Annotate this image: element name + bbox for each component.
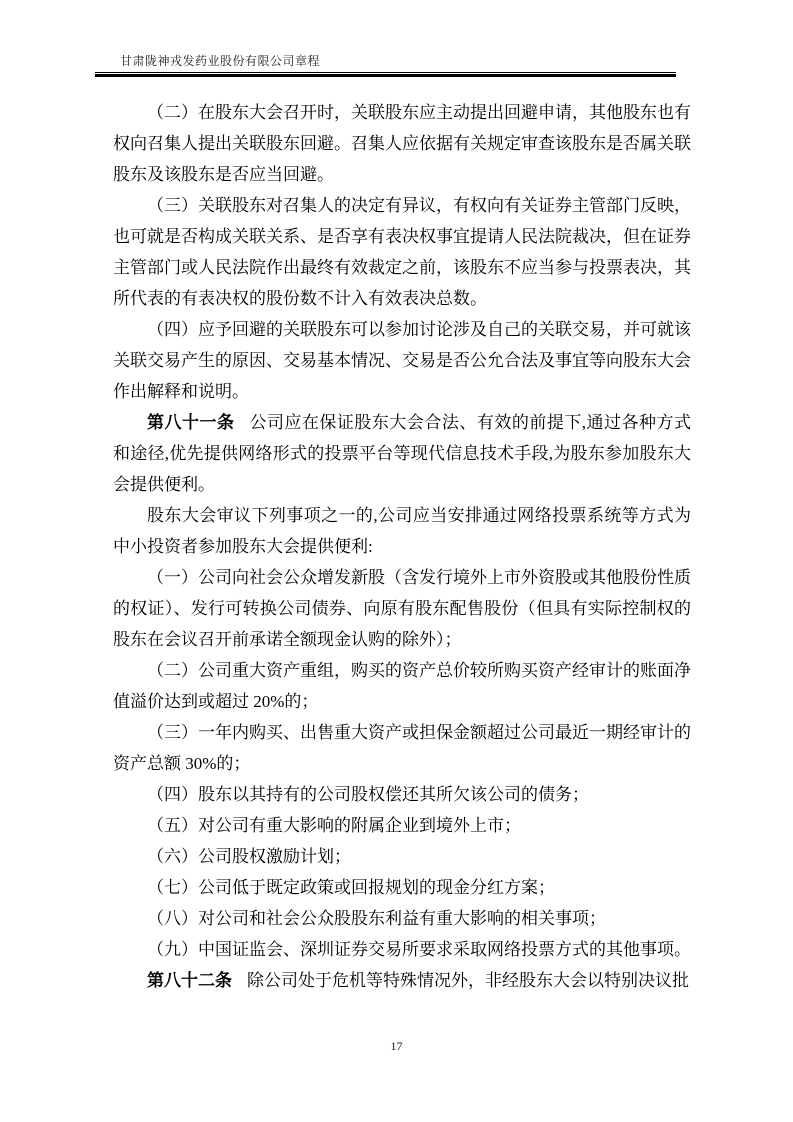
- body-paragraph: （二）公司重大资产重组，购买的资产总价较所购买资产经审计的账面净值溢价达到或超过…: [113, 655, 691, 717]
- body-paragraph: （三）关联股东对召集人的决定有异议，有权向有关证券主管部门反映，也可就是否构成关…: [113, 190, 691, 314]
- article-paragraph: 第八十一条公司应在保证股东大会合法、有效的前提下,通过各种方式和途径,优先提供网…: [113, 407, 691, 500]
- page-number: 17: [391, 1039, 403, 1053]
- body-paragraph: （四）股东以其持有的公司股权偿还其所欠该公司的债务；: [113, 779, 691, 810]
- body-paragraph: （二）在股东大会召开时，关联股东应主动提出回避申请，其他股东也有权向召集人提出关…: [113, 97, 691, 190]
- header-rule-thick-line: [95, 74, 676, 77]
- document-body: （二）在股东大会召开时，关联股东应主动提出回避申请，其他股东也有权向召集人提出关…: [113, 97, 691, 996]
- body-paragraph: （七）公司低于既定政策或回报规划的现金分红方案；: [113, 872, 691, 903]
- body-paragraph: （五）对公司有重大影响的附属企业到境外上市；: [113, 810, 691, 841]
- body-paragraph: （三）一年内购买、出售重大资产或担保金额超过公司最近一期经审计的资产总额 30%…: [113, 717, 691, 779]
- article-paragraph: 第八十二条除公司处于危机等特殊情况外，非经股东大会以特别决议批: [113, 965, 691, 996]
- body-paragraph: （四）应予回避的关联股东可以参加讨论涉及自己的关联交易，并可就该关联交易产生的原…: [113, 314, 691, 407]
- document-header: 甘肃陇神戎发药业股份有限公司章程: [120, 54, 320, 68]
- header-rule: [95, 72, 676, 77]
- body-paragraph: （八）对公司和社会公众股股东利益有重大影响的相关事项；: [113, 903, 691, 934]
- article-number: 第八十二条: [147, 971, 232, 990]
- body-paragraph: 股东大会审议下列事项之一的,公司应当安排通过网络投票系统等方式为中小投资者参加股…: [113, 500, 691, 562]
- paragraph-text: 除公司处于危机等特殊情况外，非经股东大会以特别决议批: [247, 971, 689, 990]
- header-title: 甘肃陇神戎发药业股份有限公司章程: [120, 54, 320, 68]
- body-paragraph: （九）中国证监会、深圳证券交易所要求采取网络投票方式的其他事项。: [113, 934, 691, 965]
- page-footer: 17: [0, 1039, 793, 1054]
- body-paragraph: （一）公司向社会公众增发新股（含发行境外上市外资股或其他股份性质的权证）、发行可…: [113, 562, 691, 655]
- article-number: 第八十一条: [147, 413, 234, 432]
- body-paragraph: （六）公司股权激励计划；: [113, 841, 691, 872]
- document-page: 甘肃陇神戎发药业股份有限公司章程 （二）在股东大会召开时，关联股东应主动提出回避…: [0, 0, 793, 1122]
